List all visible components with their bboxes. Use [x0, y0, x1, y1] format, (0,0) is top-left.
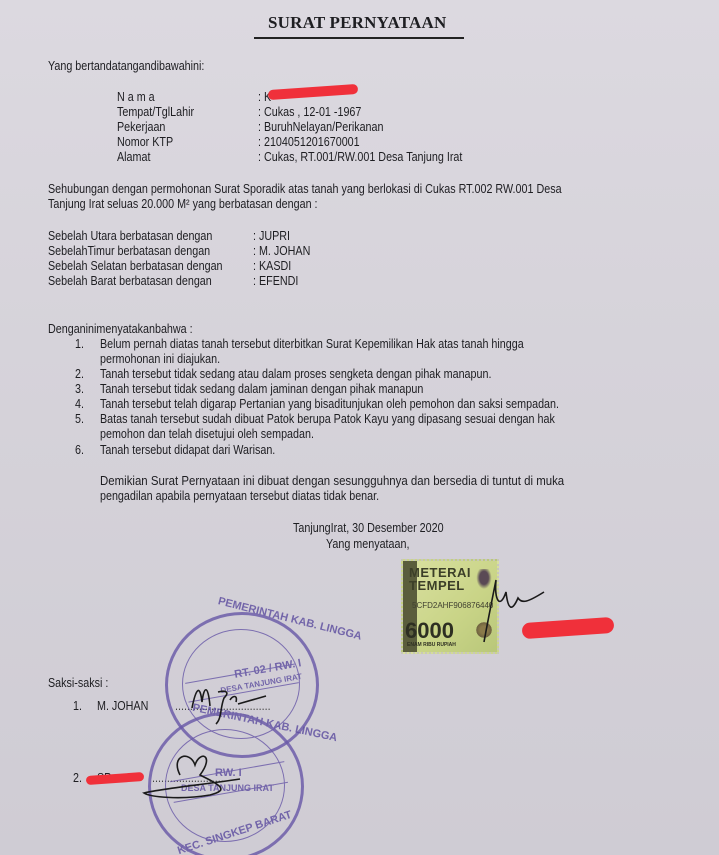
witness-1-signature [186, 678, 276, 728]
title-underline [254, 37, 464, 39]
witness-num: 1. [73, 699, 82, 714]
closing-line: Demikian Surat Pernyataan ini dibuat den… [100, 474, 564, 489]
statement-num: 1. [75, 337, 84, 352]
statement-line: Tanah tersebut tidak sedang dalam jamina… [100, 382, 423, 397]
witness-num: 2. [73, 771, 82, 786]
border-label: Sebelah Selatan berbatasan dengan [48, 259, 223, 274]
identity-value: : BuruhNelayan/Perikanan [258, 120, 384, 135]
statement-num: 5. [75, 412, 84, 427]
border-label: Sebelah Utara berbatasan dengan [48, 229, 212, 244]
statement-line: Tanah tersebut tidak sedang atau dalam p… [100, 367, 491, 382]
statement-line: Belum pernah diatas tanah tersebut diter… [100, 337, 524, 352]
statement-line: Tanah tersebut telah digarap Pertanian y… [100, 397, 559, 412]
statement-line: Tanah tersebut didapat dari Warisan. [100, 443, 275, 458]
witness-2-signature [140, 745, 260, 805]
witness-heading: Saksi-saksi : [48, 676, 108, 691]
meterai-value: 6000 [405, 618, 454, 644]
border-value: : KASDI [253, 259, 291, 274]
statement-heading: Denganinimenyatakanbahwa : [48, 322, 193, 337]
paragraph-line: Sehubungan dengan permohonan Surat Spora… [48, 182, 562, 197]
identity-label: Pekerjaan [117, 120, 165, 135]
statement-line: permohonan ini diajukan. [100, 352, 220, 367]
document-title: SURAT PERNYATAAN [268, 13, 446, 33]
identity-value: : Cukas, RT.001/RW.001 Desa Tanjung Irat [258, 150, 462, 165]
border-label: SebelahTimur berbatasan dengan [48, 244, 210, 259]
border-value: : M. JOHAN [253, 244, 310, 259]
border-label: Sebelah Barat berbatasan dengan [48, 274, 212, 289]
statement-num: 2. [75, 367, 84, 382]
place-date: TanjungIrat, 30 Desember 2020 [293, 521, 444, 536]
identity-label: N a m a [117, 90, 155, 105]
identity-label: Alamat [117, 150, 150, 165]
border-value: : JUPRI [253, 229, 290, 244]
statement-num: 6. [75, 443, 84, 458]
identity-value: : 2104051201670001 [258, 135, 360, 150]
identity-value: : Cukas , 12-01 -1967 [258, 105, 361, 120]
meterai-value-text: ENAM RIBU RUPIAH [407, 642, 456, 648]
paragraph-line: Tanjung Irat seluas 20.000 M² yang berba… [48, 197, 318, 212]
name-redaction [268, 84, 358, 100]
witness-redaction [86, 772, 144, 785]
letter-page: SURAT PERNYATAAN Yang bertandatangandiba… [0, 0, 719, 855]
identity-label: Nomor KTP [117, 135, 173, 150]
statement-num: 3. [75, 382, 84, 397]
statement-line: Batas tanah tersebut sudah dibuat Patok … [100, 412, 555, 427]
identity-label: Tempat/TglLahir [117, 105, 194, 120]
statement-line: pemohon dan telah disetujui oleh sempada… [100, 427, 314, 442]
witness-name: M. JOHAN [97, 699, 148, 714]
statement-num: 4. [75, 397, 84, 412]
closing-line: pengadilan apabila pernyataan tersebut d… [100, 489, 379, 504]
signer-label: Yang menyataan, [326, 537, 409, 552]
intro-text: Yang bertandatangandibawahini: [48, 59, 204, 74]
border-value: : EFENDI [253, 274, 298, 289]
meterai-line2: TEMPEL [409, 578, 465, 593]
